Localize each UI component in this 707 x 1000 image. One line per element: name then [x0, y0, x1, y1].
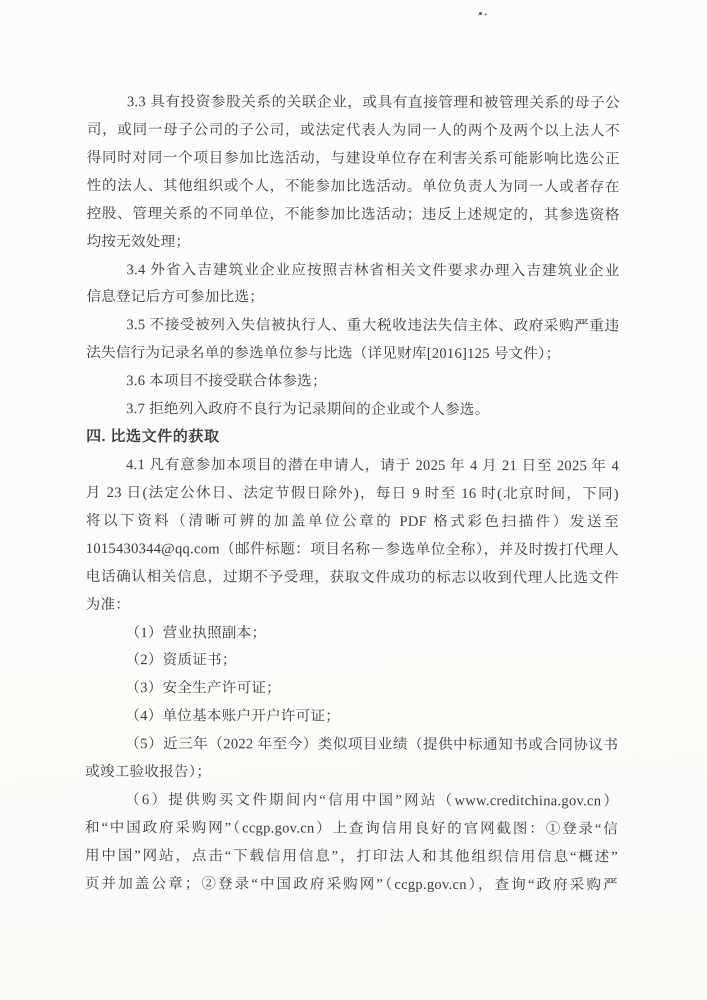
document-line: 3.3 具有投资参股关系的关联企业，或具有直接管理和被管理关系的母子公: [87, 89, 620, 118]
document-line: 3.6 本项目不接受联合体参选；: [86, 368, 619, 397]
document-line: （1）营业执照副本；: [86, 620, 619, 649]
document-line: 均按无效处理；: [87, 229, 620, 258]
document-line: 或竣工验收报告）；: [85, 759, 618, 788]
document-line: 月 23 日(法定公休日、法定节假日除外)，每日 9 时至 16 时(北京时间，…: [86, 480, 619, 509]
document-line: 1015430344@qq.com（邮件标题：项目名称－参选单位全称），并及时拨…: [86, 536, 619, 565]
document-line: 和“中国政府采购网”（ccgp.gov.cn）上查询信用良好的官网截图：①登录“…: [85, 815, 618, 844]
document-line: 得同时对同一个项目参加比选活动，与建设单位存在利害关系可能影响比选公正: [87, 145, 620, 174]
document-line: 页并加盖公章；②登录“中国政府采购网”（ccgp.gov.cn），查询“政府采购…: [85, 871, 618, 900]
document-line: 电话确认相关信息，过期不予受理，获取文件成功的标志以收到代理人比选文件: [86, 564, 619, 593]
document-line: 为准：: [86, 592, 619, 621]
document-line: 3.4 外省入吉建筑业企业应按照吉林省相关文件要求办理入吉建筑业企业: [86, 257, 619, 286]
document-line: 信息登记后方可参加比选；: [86, 284, 619, 313]
document-line: 将以下资料（清晰可辨的加盖单位公章的 PDF 格式彩色扫描件）发送至: [86, 508, 619, 537]
document-line: （6）提供购买文件期间内“信用中国”网站（www.creditchina.gov…: [85, 787, 618, 816]
document-line: （2）资质证书；: [85, 647, 618, 676]
document-line: 司，或同一母子公司的子公司，或法定代表人为同一人的两个及两个以上法人不: [87, 117, 620, 146]
document-line: （5）近三年（2022 年至今）类似项目业绩（提供中标通知书或合同协议书: [85, 731, 618, 760]
document-line: 性的法人、其他组织或个人，不能参加比选活动。单位负责人为同一人或者存在: [87, 173, 620, 202]
document-line: 3.7 拒绝列入政府不良行为记录期间的企业或个人参选。: [86, 396, 619, 425]
document-line: 4.1 凡有意参加本项目的潜在申请人，请于 2025 年 4 月 21 日至 2…: [86, 452, 619, 481]
document-page: 3.3 具有投资参股关系的关联企业，或具有直接管理和被管理关系的母子公司，或同一…: [0, 0, 707, 1000]
scan-smudge-icon: [479, 12, 482, 15]
document-line: （3）安全生产许可证；: [85, 675, 618, 704]
document-line: 法失信行为记录名单的参选单位参与比选（详见财库[2016]125 号文件）；: [86, 340, 619, 369]
document-body: 3.3 具有投资参股关系的关联企业，或具有直接管理和被管理关系的母子公司，或同一…: [85, 89, 620, 900]
document-line: （4）单位基本账户开户许可证；: [85, 703, 618, 732]
document-line: 3.5 不接受被列入失信被执行人、重大税收违法失信主体、政府采购严重违: [86, 312, 619, 341]
document-line: 控股、管理关系的不同单位，不能参加比选活动；违反上述规定的，其参选资格: [87, 201, 620, 230]
document-line: 用中国”网站，点击“下载信用信息”，打印法人和其他组织信用信息“概述”: [85, 843, 618, 872]
section-heading: 四. 比选文件的获取: [86, 424, 619, 453]
